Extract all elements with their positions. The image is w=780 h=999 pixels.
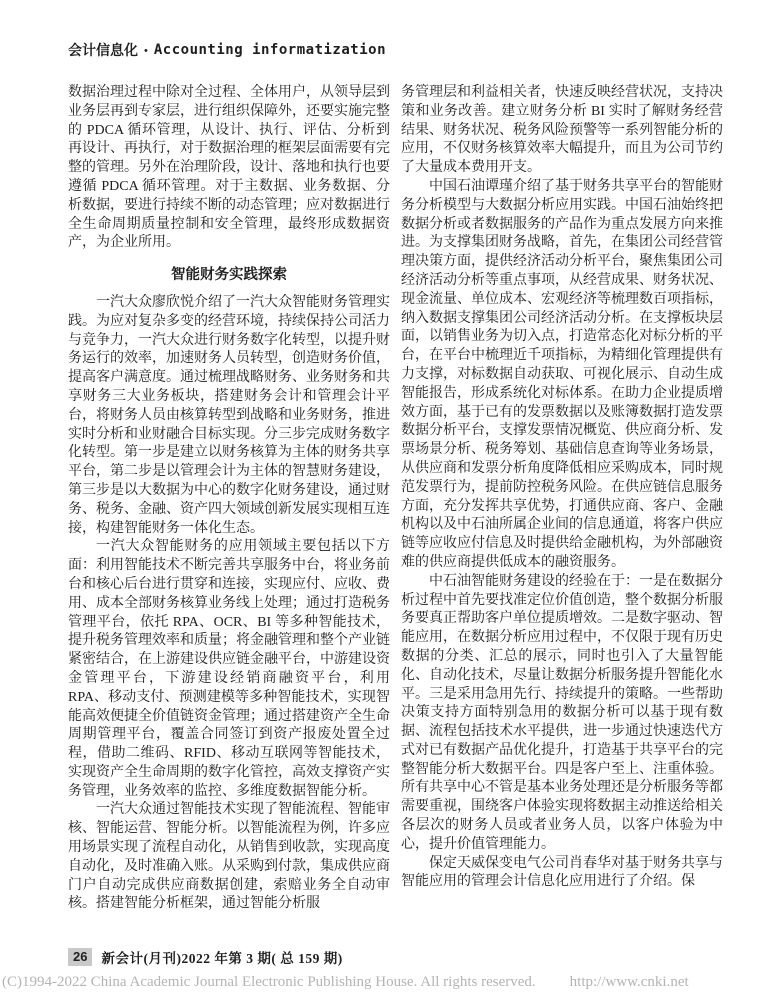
left-column: 数据治理过程中除对全过程、全体用户，从领导层到业务层再到专家层，进行组织保障外，… <box>68 84 390 914</box>
paragraph: 一汽大众廖欣悦介绍了一汽大众智能财务管理实践。为应对复杂多变的经营环境，持续保持… <box>68 294 390 538</box>
paragraph-continuation: 数据治理过程中除对全过程、全体用户，从领导层到业务层再到专家层，进行组织保障外，… <box>68 84 390 253</box>
cnki-url: http://www.cnki.net <box>570 972 689 992</box>
copyright-notice: (C)1994-2022 China Academic Journal Elec… <box>2 972 536 992</box>
bullet-separator-icon: • <box>144 45 148 57</box>
page-number: 26 <box>68 948 92 966</box>
paragraph: 中石油智能财务建设的经验在于：一是在数据分析过程中首先要找准定位价值创造，整个数… <box>401 573 723 855</box>
page-footer: 26 新会计(月刊)2022 年第 3 期( 总 159 期) <box>68 947 343 967</box>
article-body: 数据治理过程中除对全过程、全体用户，从领导层到业务层再到专家层，进行组织保障外，… <box>68 84 723 914</box>
right-column: 务管理层和利益相关者，快速反映经营状况，支持决策和业务改善。建立财务分析 BI … <box>401 84 723 914</box>
cnki-copyright-line: (C)1994-2022 China Academic Journal Elec… <box>2 972 776 992</box>
paragraph: 保定天威保变电气公司肖春华对基于财务共享与智能应用的管理会计信息化应用进行了介绍… <box>401 855 723 893</box>
journal-issue-info: 新会计(月刊)2022 年第 3 期( 总 159 期) <box>101 947 342 967</box>
section-title-cn: 会计信息化 <box>68 40 138 60</box>
paragraph: 中国石油谭瑾介绍了基于财务共享平台的智能财务分析模型与大数据分析应用实践。中国石… <box>401 178 723 573</box>
paragraph: 一汽大众智能财务的应用领域主要包括以下方面：利用智能技术不断完善共享服务中台，将… <box>68 538 390 801</box>
journal-page: 会计信息化 • Accounting informatization 数据治理过… <box>0 0 780 999</box>
section-title-en: Accounting informatization <box>154 42 386 58</box>
paragraph-continuation: 务管理层和利益相关者，快速反映经营状况，支持决策和业务改善。建立财务分析 BI … <box>401 84 723 178</box>
section-header: 会计信息化 • Accounting informatization <box>68 40 386 60</box>
paragraph: 一汽大众通过智能技术实现了智能流程、智能审核、智能运营、智能分析。以智能流程为例… <box>68 801 390 914</box>
section-subheading: 智能财务实践探索 <box>68 266 390 285</box>
